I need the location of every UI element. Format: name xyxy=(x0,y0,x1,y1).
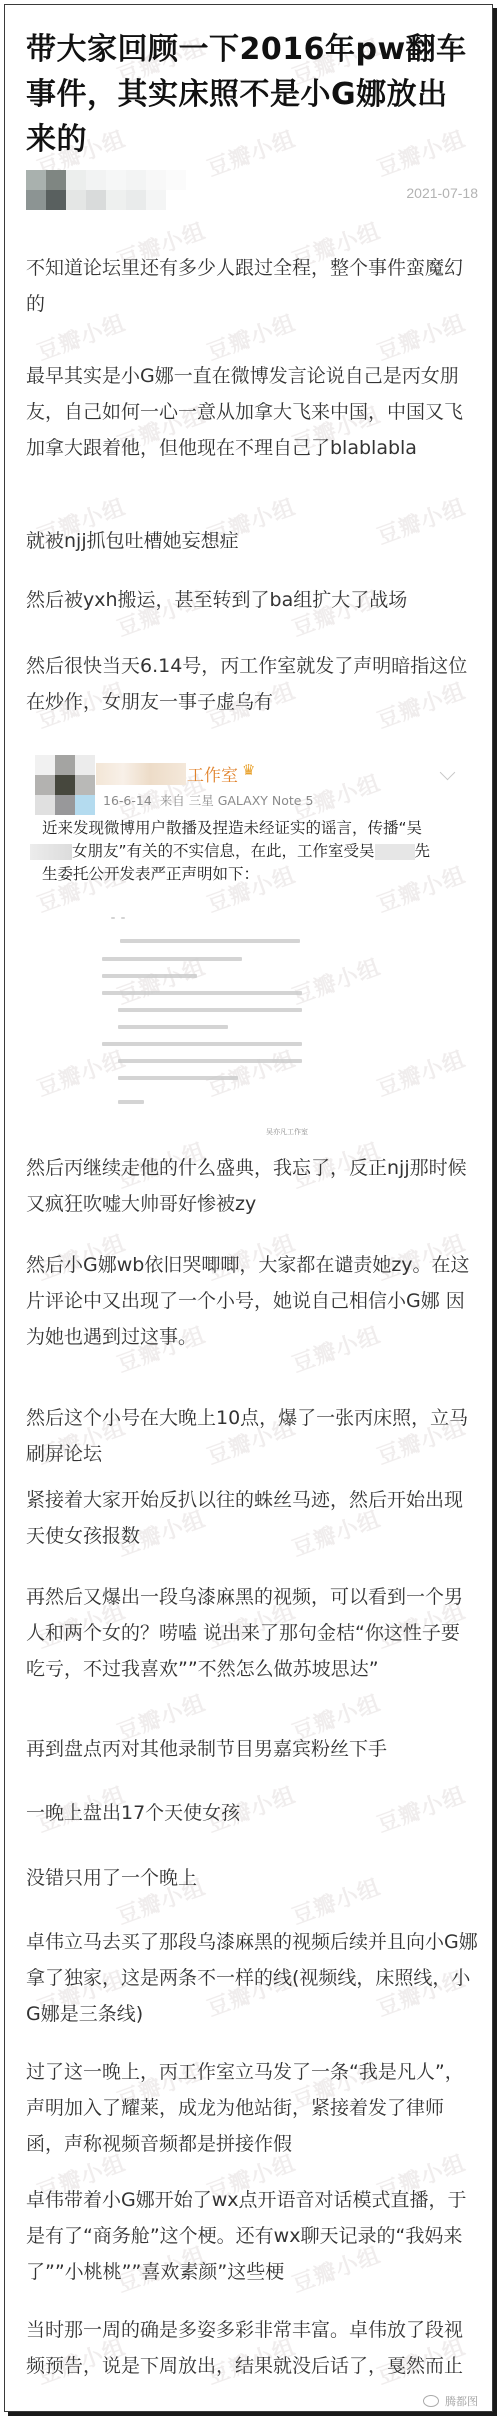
wechat-icon xyxy=(423,2395,439,2407)
post-title: 带大家回顾一下2016年pw翻车事件，其实床照不是小G娜放出来的 xyxy=(26,27,476,162)
redacted-name xyxy=(375,844,415,860)
weibo-avatar xyxy=(35,755,95,815)
weibo-account-name: 工作室 xyxy=(187,761,238,786)
weibo-source: 来自 三星 GALAXY Note 5 xyxy=(160,793,314,808)
avatar[interactable] xyxy=(26,170,196,210)
source-logo: 腾都图 xyxy=(423,2393,478,2409)
document-signature: 吴亦凡工作室 xyxy=(266,1127,308,1137)
paragraph: 最早其实是小G娜一直在微博发言论说自己是丙女朋友，自己如何一心一意从加拿大飞来中… xyxy=(26,358,478,466)
chevron-down-icon[interactable] xyxy=(440,765,456,781)
weibo-text-line: 女朋友”有关的不实信息，在此，工作室受吴先 xyxy=(42,840,472,863)
post-date: 2021-07-18 xyxy=(406,185,478,201)
paragraph: 然后这个小号在大晚上10点，爆了一张丙床照，立马刷屏论坛 xyxy=(26,1400,478,1472)
paragraph: 然后丙继续走他的什么盛典，我忘了，反正njj那时候又疯狂吹嘘大帅哥好惨被zy xyxy=(26,1150,478,1222)
weibo-post-screenshot: 工作室 ♛ 16-6-14 来自 三星 GALAXY Note 5 近来发现微博… xyxy=(26,747,481,1112)
paragraph: 然后小G娜wb依旧哭唧唧，大家都在谴责她zy。在这片评论中又出现了一个小号，她说… xyxy=(26,1247,478,1355)
crown-icon: ♛ xyxy=(242,761,255,779)
post-meta: 2021-07-18 xyxy=(26,170,478,230)
redacted-name xyxy=(30,844,72,860)
weibo-text-line: 生委托公开发表严正声明如下： xyxy=(42,863,472,886)
paragraph: 然后很快当天6.14号，丙工作室就发了声明暗指这位在炒作，女朋友一事子虚乌有 xyxy=(26,648,478,720)
paragraph: 再然后又爆出一段乌漆麻黑的视频，可以看到一个男人和两个女的？唠嗑 说出来了那句金… xyxy=(26,1579,478,1687)
weibo-date: 16-6-14 xyxy=(103,793,152,808)
weibo-text-line: 近来发现微博用户散播及捏造未经证实的谣言，传播“吴 xyxy=(42,817,472,840)
weibo-name-redacted xyxy=(96,763,186,785)
statement-document-image[interactable]: 吴亦凡工作室 xyxy=(66,917,316,1112)
weibo-time: 16-6-14 来自 三星 GALAXY Note 5 xyxy=(103,791,313,809)
weibo-text: 近来发现微博用户散播及捏造未经证实的谣言，传播“吴 女朋友”有关的不实信息，在此… xyxy=(42,817,472,886)
screenshot-frame: 豆瓣小组豆瓣小组豆瓣小组豆瓣小组豆瓣小组豆瓣小组豆瓣小组豆瓣小组豆瓣小组豆瓣小组… xyxy=(4,4,493,2412)
paragraph: 卓伟带着小G娜开始了wx点开语音对话模式直播，于是有了“商务舱”这个梗。还有wx… xyxy=(26,2182,478,2290)
paragraph: 然后被yxh搬运，甚至转到了ba组扩大了战场 xyxy=(26,582,478,618)
paragraph: 卓伟立马去买了那段乌漆麻黑的视频后续并且向小G娜拿了独家，这是两条不一样的线(视… xyxy=(26,1924,478,2032)
paragraph: 当时那一周的确是多姿多彩非常丰富。卓伟放了段视频预告，说是下周放出，结果就没后话… xyxy=(26,2312,478,2384)
paragraph: 就被njj抓包吐槽她妄想症 xyxy=(26,523,478,559)
paragraph: 紧接着大家开始反扒以往的蛛丝马迹，然后开始出现天使女孩报数 xyxy=(26,1482,478,1554)
paragraph: 过了这一晚上，丙工作室立马发了一条“我是凡人”，声明加入了耀莱，成龙为他站街，紧… xyxy=(26,2054,478,2162)
paragraph: 不知道论坛里还有多少人跟过全程，整个事件蛮魔幻的 xyxy=(26,250,478,322)
source-logo-text: 腾都图 xyxy=(445,2393,478,2409)
paragraph: 一晚上盘出17个天使女孩 xyxy=(26,1795,478,1831)
paragraph: 没错只用了一个晚上 xyxy=(26,1860,478,1896)
paragraph: 再到盘点丙对其他录制节目男嘉宾粉丝下手 xyxy=(26,1731,478,1767)
